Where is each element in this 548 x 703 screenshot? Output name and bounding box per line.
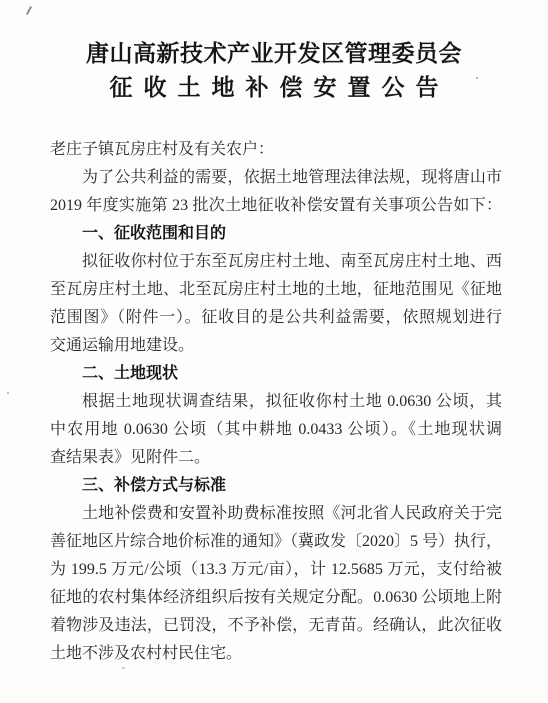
doc-line: 善征地区片综合地价标准的通知》（冀政发〔2020〕5 号）执行， (50, 528, 502, 556)
doc-line: 为 199.5 万元/公顷（13.3 万元/亩），计 12.5685 万元，支付… (50, 556, 502, 584)
scan-artifact (26, 6, 32, 15)
section-heading: 一、征收范围和目的 (50, 220, 502, 248)
scan-artifact (7, 392, 9, 394)
scan-artifact (476, 77, 478, 79)
section-heading: 二、土地现状 (50, 360, 502, 388)
document-page: 唐山高新技术产业开发区管理委员会 征收土地补偿安置公告 老庄子镇瓦房庄村及有关农… (0, 0, 548, 703)
doc-line: 2019 年度实施第 23 批次土地征收补偿安置有关事项公告如下： (50, 192, 502, 220)
doc-line: 中农用地 0.0630 公顷（其中耕地 0.0433 公顷）。《土地现状调 (50, 416, 502, 444)
document-body: 老庄子镇瓦房庄村及有关农户：为了公共利益的需要，依据土地管理法律法规，现将唐山市… (50, 136, 502, 668)
doc-line: 土地补偿费和安置补助费标准按照《河北省人民政府关于完 (50, 500, 502, 528)
doc-line: 根据土地现状调查结果，拟征收你村土地 0.0630 公顷，其 (50, 388, 502, 416)
scan-artifact (122, 667, 125, 669)
doc-line: 老庄子镇瓦房庄村及有关农户： (50, 136, 502, 164)
doc-line: 范围图》（附件一）。征收目的是公共利益需要，依照规划进行 (50, 304, 502, 332)
doc-line: 为了公共利益的需要，依据土地管理法律法规，现将唐山市 (50, 164, 502, 192)
doc-line: 征地的农村集体经济组织后按有关规定分配。0.0630 公顷地上附 (50, 584, 502, 612)
doc-line: 至瓦房庄村土地、北至瓦房庄村土地的土地，征地范围见《征地 (50, 276, 502, 304)
doc-line: 查结果表》见附件二。 (50, 444, 502, 472)
doc-line: 拟征收你村位于东至瓦房庄村土地、南至瓦房庄村土地、西 (50, 248, 502, 276)
doc-line: 土地不涉及农村村民住宅。 (50, 640, 502, 668)
doc-line: 交通运输用地建设。 (50, 332, 502, 360)
doc-line: 着物涉及违法，已罚没，不予补偿，无青苗。经确认，此次征收 (50, 612, 502, 640)
org-title: 唐山高新技术产业开发区管理委员会 (0, 40, 548, 67)
page-title: 征收土地补偿安置公告 (0, 74, 548, 101)
section-heading: 三、补偿方式与标准 (50, 472, 502, 500)
